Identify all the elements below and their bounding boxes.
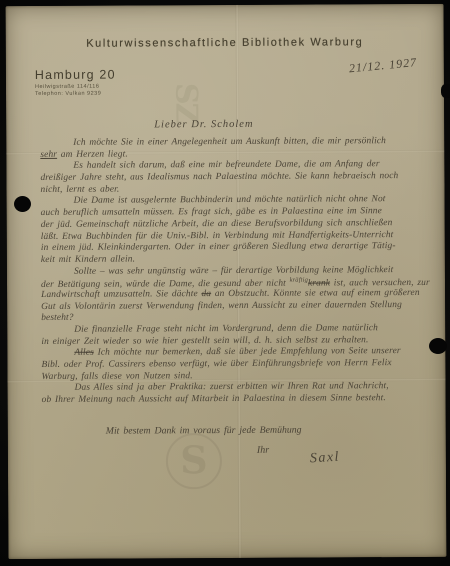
letter-body: Ich möchte Sie in einer Angelegenheit um… [40, 136, 427, 407]
letter-line-segment: auch beruflich umsatteln müssen. Es frag… [41, 206, 382, 218]
letter-line-segment: an Obstzucht. Könnte sie etwa auf einem … [211, 288, 420, 299]
letter-line-segment: Es handelt sich darum, daß eine mir befr… [73, 160, 379, 172]
letter-line-segment: da [201, 289, 211, 299]
watermark-icon: SZ [168, 83, 203, 123]
watermark-icon: S [166, 433, 222, 489]
letterhead-city: Hamburg 20 [35, 68, 116, 82]
letter-line-segment: Ich möchte nur bemerken, daß sie über je… [94, 346, 401, 358]
letter-line-segment: sehr [40, 150, 57, 160]
signature-prefix: Ihr [257, 445, 269, 456]
letterhead-title: Kulturwissenschaftliche Bibliothek Warbu… [6, 36, 444, 50]
letter-line-segment: Sollte – was sehr ungünstig wäre – für d… [74, 265, 393, 277]
letter-line-segment: Landwirtschaft umzusatteln. Sie dächte [41, 289, 201, 300]
letter-line-segment: keit mit Kindern allein. [41, 254, 135, 264]
letter-line-segment: besteht? [41, 313, 74, 323]
letter-line-segment: am Herzen liegt. [57, 149, 128, 159]
letter-line-segment: der jüd. Gemeinschaft nützliche Arbeit, … [41, 218, 393, 230]
letter-line-segment: in einiger Zeit wieder so wie hier geste… [41, 335, 368, 347]
letter-line-segment: Bibl. oder Prof. Cassirers ebenso verfüg… [41, 358, 391, 370]
letter-line-segment: Alles [74, 348, 94, 358]
letter-line-segment: Die Dame ist ausgelernte Buchbinderin un… [74, 195, 386, 207]
signature-name: Saxl [309, 450, 340, 468]
letterhead-address-block: Hamburg 20 Heilwigstraße 114/116 Telepho… [35, 68, 116, 97]
scanned-letter: SZ S Kulturwissenschaftliche Bibliothek … [0, 0, 450, 566]
handwritten-date: 21/12. 1927 [348, 55, 417, 76]
closing-line: Mit bestem Dank im voraus für jede Bemüh… [106, 425, 302, 437]
letter-line-segment: Das Alles sind ja aber Praktika: zuerst … [75, 382, 389, 394]
scan-edge-notch [441, 84, 450, 98]
letter-line-segment: dreißiger Jahre steht, aus Idealismus na… [40, 171, 398, 183]
letter-line-segment: Die finanzielle Frage steht nicht im Vor… [74, 323, 378, 335]
letter-line-segment: läßt. Etwa Buchbinden für die Univ.-Bibl… [41, 230, 394, 242]
letter-line-segment: ob Ihrer Meinung nach Aussicht auf Mitar… [42, 393, 386, 405]
letter-line-segment: krank [308, 279, 330, 289]
letter-line-segment: Warburg, falls diese von Nutzen sind. [41, 371, 192, 382]
letter-line-segment: kräftig [290, 277, 308, 284]
letter-line: ob Ihrer Meinung nach Aussicht auf Mitar… [42, 393, 428, 407]
salutation: Lieber Dr. Scholem [154, 119, 253, 131]
letter-line-segment: in einem jüd. Kleinkindergarten. Oder in… [41, 241, 396, 253]
letterhead-street: Heilwigstraße 114/116 [35, 83, 116, 89]
punch-hole-artifact-right [429, 338, 447, 354]
letter-line-segment: Gut als Volontärin zuerst Verwendung fin… [41, 300, 402, 312]
letter-line-segment: Ich möchte Sie in einer Angelegenheit um… [73, 136, 386, 148]
letterhead-phone: Telephon: Vulkan 9239 [35, 91, 116, 97]
letter-paper: SZ S Kulturwissenschaftliche Bibliothek … [6, 4, 447, 559]
punch-hole-artifact-left [14, 196, 31, 212]
letter-line-segment: nicht, lernt es aber. [40, 184, 119, 194]
